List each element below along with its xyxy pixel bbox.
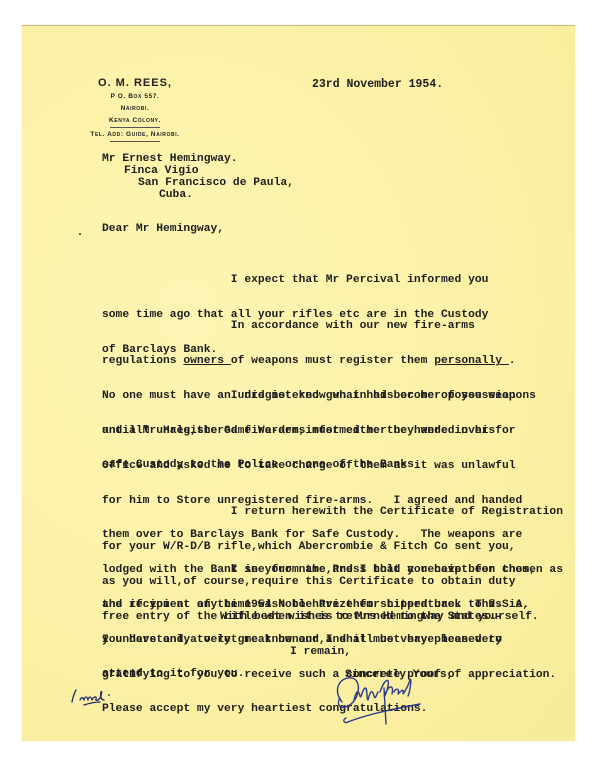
paragraph-line: until Mr Hale,the Game Warden,informed m…: [102, 426, 536, 438]
recipient-address-line-1: Finca Vigio: [124, 166, 199, 178]
margin-mark: [79, 233, 81, 235]
letterhead-telegraph: Tel. Add: Guide, Nairobi.: [60, 131, 210, 139]
recipient-address-line-3: Cuba.: [159, 190, 193, 202]
closing-remain: I remain,: [290, 647, 351, 659]
letterhead-city: Nairobi.: [60, 105, 210, 113]
paragraph-line: In accordance with our new fire-arms: [102, 321, 516, 333]
closing-wishes: With best wishes to Mrs Hemingway and yo…: [220, 612, 539, 624]
handwritten-signature: [328, 662, 428, 732]
recipient-address-line-2: San Francisco de Paula,: [138, 178, 294, 190]
letterhead-po-box: P O. Box 557.: [60, 93, 210, 101]
text-run: of weapons must register them: [231, 355, 434, 367]
letter-date: 23rd November 1954.: [312, 79, 443, 91]
recipient-name: Mr Ernest Hemingway.: [102, 154, 238, 166]
letterhead-rule-top: [110, 127, 160, 128]
salutation: Dear Mr Hemingway,: [102, 224, 224, 236]
text-run: regulations: [102, 355, 183, 367]
text-run: .: [509, 355, 516, 367]
paragraph-line: Office and asked me to take charge of th…: [102, 461, 536, 473]
underlined-personally: personally: [434, 355, 509, 367]
letterhead-name: O. M. REES,: [60, 77, 210, 89]
paragraph-line: I see from the Press that you have been …: [102, 565, 563, 577]
underlined-owners: owners: [183, 355, 230, 367]
letterhead-colony: Kenya Colony.: [60, 117, 210, 125]
paragraph-line: the recipient of the 1954 Noble Prize fo…: [102, 600, 563, 612]
paragraph-line: I expect that Mr Percival informed you: [102, 275, 488, 287]
paragraph-line: I understand,a very great honour,and it …: [102, 635, 563, 647]
paragraph-line: regulations owners of weapons must regis…: [102, 356, 516, 368]
handwritten-enclosure-note: [68, 686, 118, 708]
letterhead-rule-bottom: [110, 141, 160, 142]
paragraph-line: I return herewith the Certificate of Reg…: [102, 507, 563, 519]
paragraph-line: I did not know what had become of you we…: [102, 391, 536, 403]
letterhead: O. M. REES, P O. Box 557. Nairobi. Kenya…: [60, 77, 210, 142]
